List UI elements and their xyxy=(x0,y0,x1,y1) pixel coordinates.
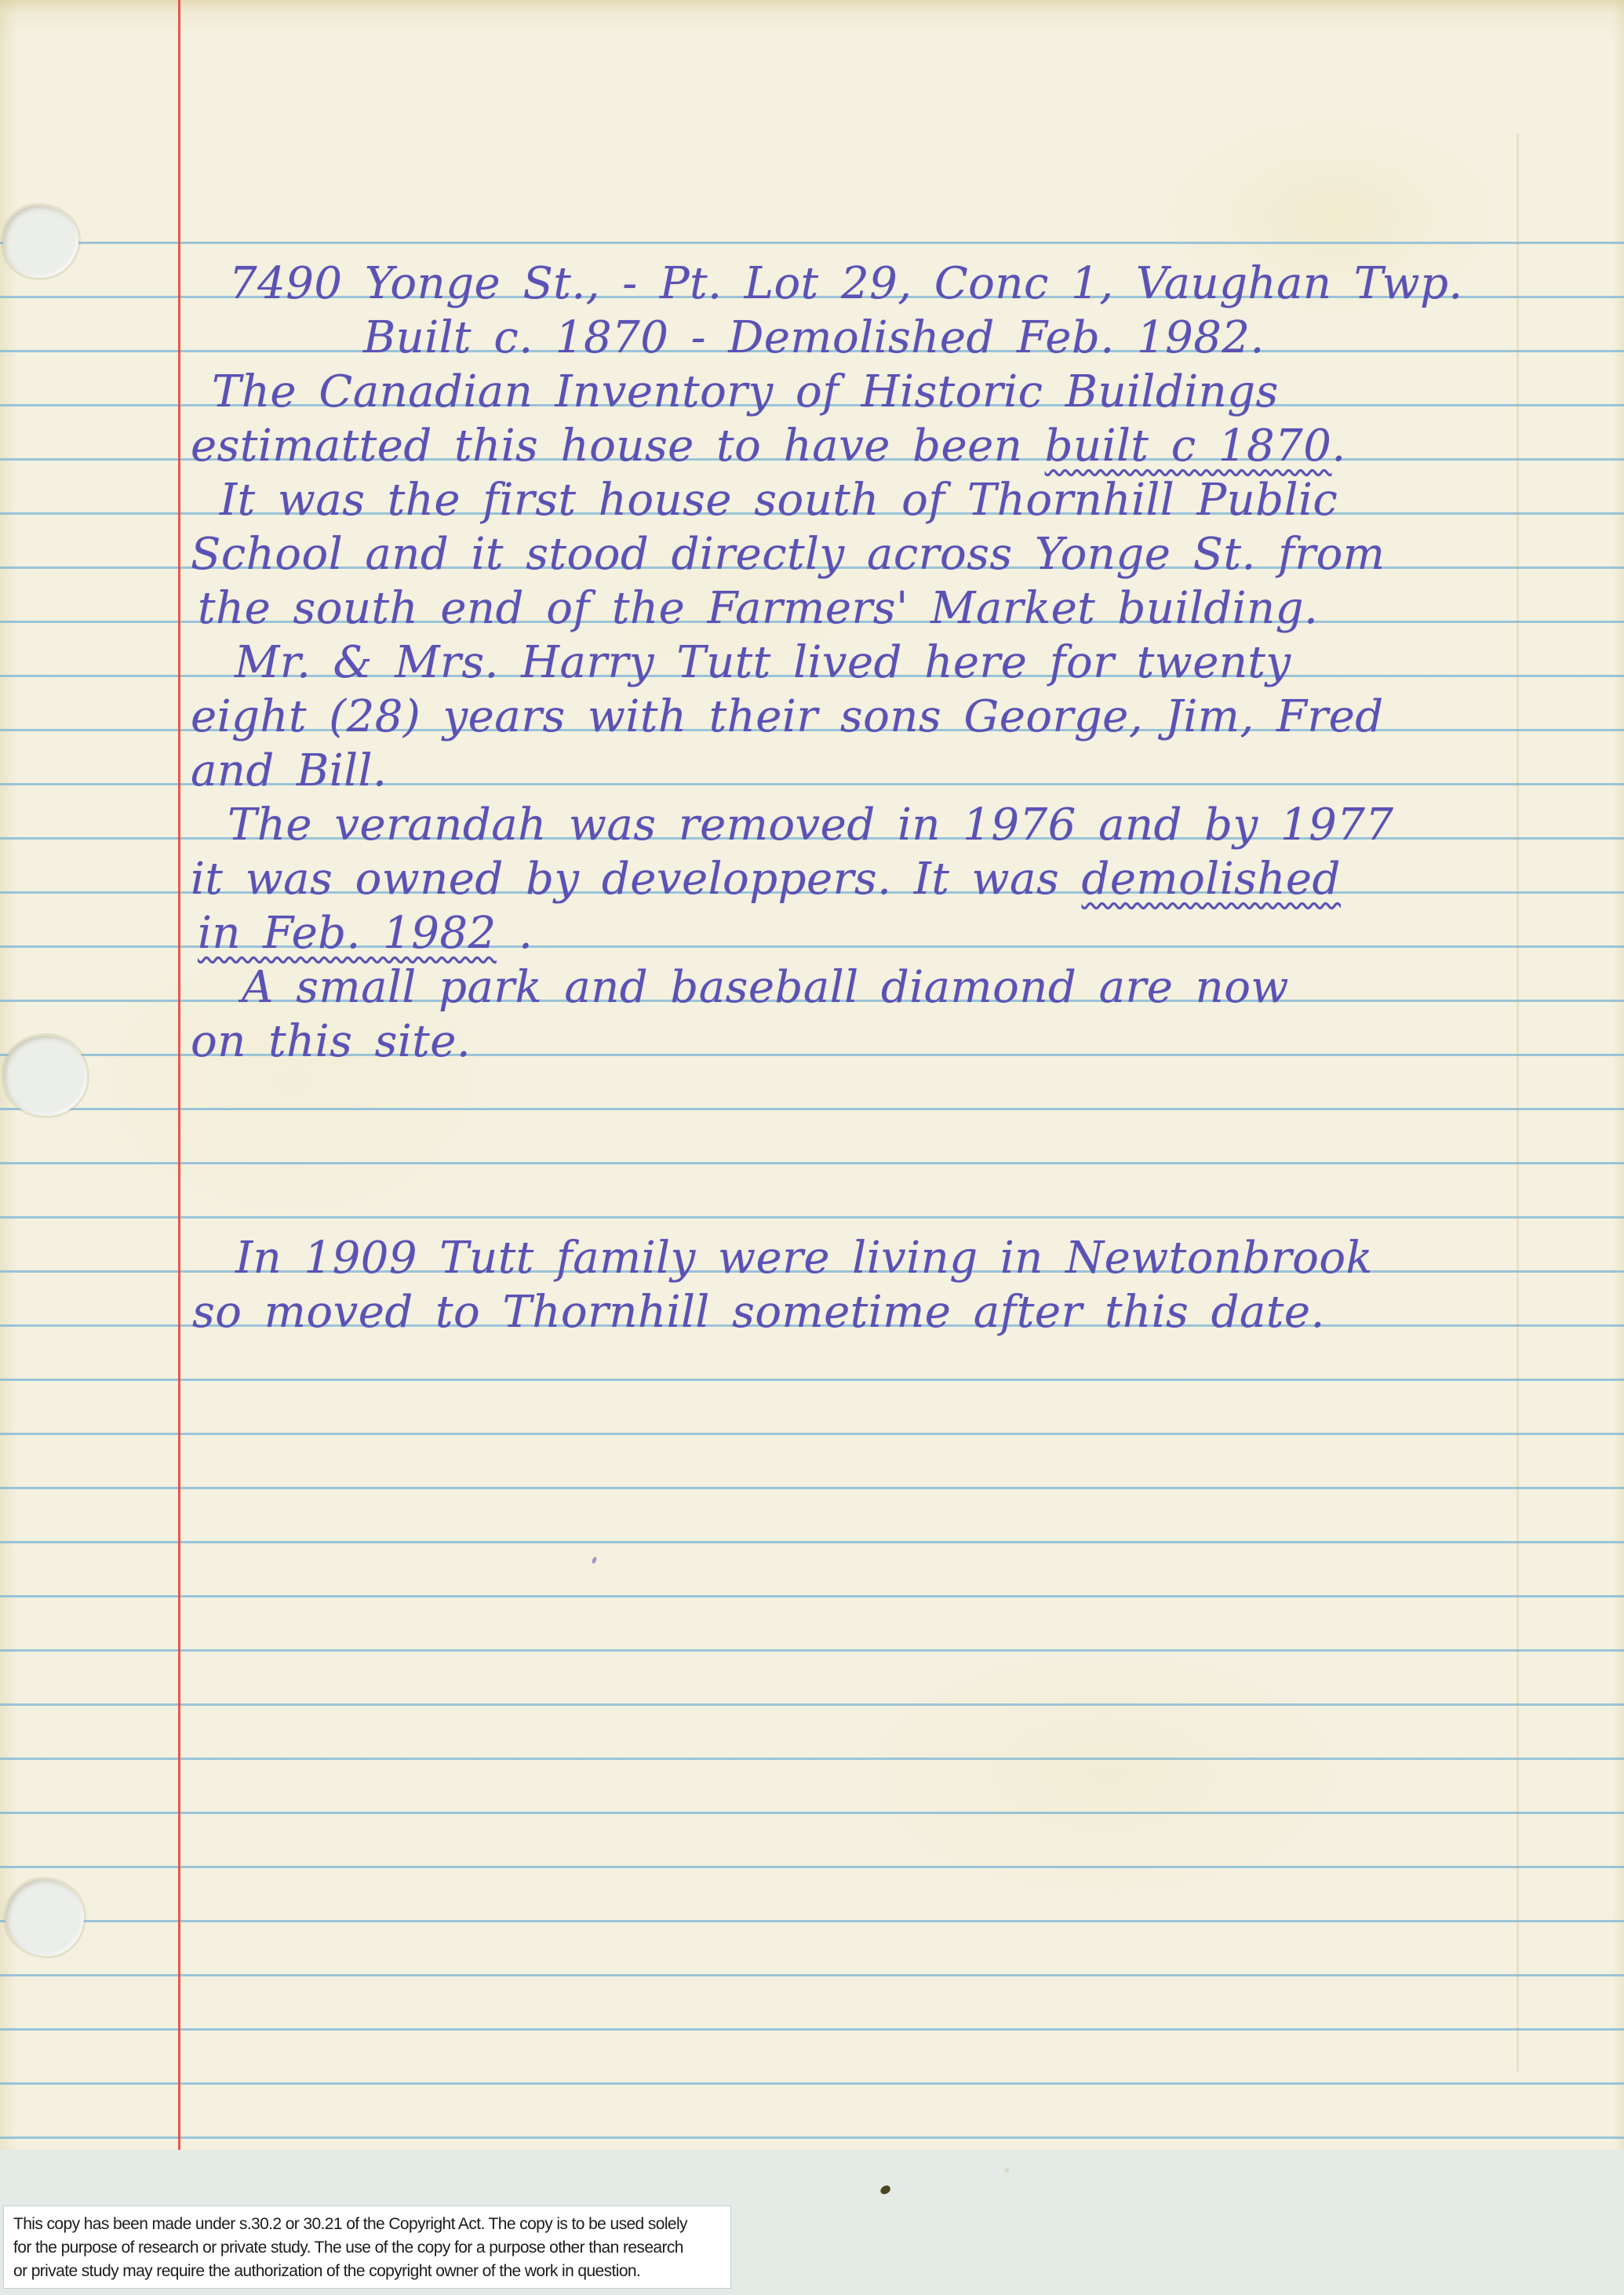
handwritten-line: 7490 Yonge St., - Pt. Lot 29, Conc 1, Va… xyxy=(229,262,1463,306)
underlined-handwritten-text: built c 1870 xyxy=(1045,421,1332,472)
handwritten-line: A small park and baseball diamond are no… xyxy=(242,966,1289,1010)
handwritten-line: it was owned by developpers. It was demo… xyxy=(191,858,1341,902)
copyright-stamp-line: for the purpose of research or private s… xyxy=(13,2236,721,2260)
handwritten-line: The Canadian Inventory of Historic Build… xyxy=(212,370,1279,414)
handwritten-text: 7490 Yonge St., - Pt. Lot 29, Conc 1, Va… xyxy=(229,258,1463,309)
handwritten-text: it was owned by developpers. It was xyxy=(191,854,1081,905)
copyright-stamp-line: This copy has been made under s.30.2 or … xyxy=(13,2213,721,2236)
handwritten-text: estimatted this house to have been xyxy=(191,421,1045,472)
handwritten-line: the south end of the Farmers' Market bui… xyxy=(198,587,1318,631)
underlined-handwritten-text: in Feb. 1982 xyxy=(198,908,497,959)
handwritten-line: eight (28) years with their sons George,… xyxy=(191,695,1384,739)
handwritten-text: Built c. 1870 - Demolished Feb. 1982. xyxy=(363,312,1265,363)
handwritten-text: and Bill. xyxy=(191,745,387,796)
handwritten-line: Mr. & Mrs. Harry Tutt lived here for twe… xyxy=(235,641,1291,685)
handwritten-text: the south end of the Farmers' Market bui… xyxy=(198,583,1318,634)
paper-crease xyxy=(1517,133,1519,2071)
handwritten-text: The verandah was removed in 1976 and by … xyxy=(228,800,1393,851)
copyright-stamp: This copy has been made under s.30.2 or … xyxy=(4,2206,730,2288)
hole-punch-bottom xyxy=(5,1879,84,1956)
handwritten-text: . xyxy=(497,908,533,959)
handwritten-line: estimatted this house to have been built… xyxy=(191,424,1346,468)
handwritten-line: on this site. xyxy=(191,1020,471,1064)
underlined-handwritten-text: demolished xyxy=(1081,854,1340,905)
handwritten-text: on this site. xyxy=(191,1016,471,1067)
scanned-document: { "document": { "kind": "handwritten not… xyxy=(0,0,1624,2295)
handwritten-text: eight (28) years with their sons George,… xyxy=(191,691,1384,742)
handwritten-line: Built c. 1870 - Demolished Feb. 1982. xyxy=(363,316,1265,360)
handwritten-line: In 1909 Tutt family were living in Newto… xyxy=(235,1237,1373,1280)
handwritten-text: A small park and baseball diamond are no… xyxy=(242,962,1289,1013)
ruled-lines xyxy=(0,242,1624,2147)
hole-punch-middle xyxy=(4,1036,87,1116)
handwritten-text: It was the first house south of Thornhil… xyxy=(220,475,1338,526)
handwritten-line: School and it stood directly across Yong… xyxy=(191,533,1385,577)
handwritten-line: in Feb. 1982 . xyxy=(198,912,533,956)
handwritten-line: It was the first house south of Thornhil… xyxy=(220,479,1338,523)
handwritten-text: School and it stood directly across Yong… xyxy=(191,529,1385,580)
handwritten-text: . xyxy=(1331,421,1345,472)
copyright-stamp-line: or private study may require the authori… xyxy=(13,2260,721,2283)
handwritten-line: and Bill. xyxy=(191,749,387,793)
handwritten-text: Mr. & Mrs. Harry Tutt lived here for twe… xyxy=(235,637,1291,688)
handwritten-text: In 1909 Tutt family were living in Newto… xyxy=(235,1233,1373,1284)
margin-line xyxy=(178,0,180,2158)
handwritten-text: so moved to Thornhill sometime after thi… xyxy=(192,1287,1325,1338)
handwritten-line: The verandah was removed in 1976 and by … xyxy=(228,803,1393,847)
handwritten-line: so moved to Thornhill sometime after thi… xyxy=(192,1291,1325,1335)
handwritten-text: The Canadian Inventory of Historic Build… xyxy=(212,366,1279,417)
